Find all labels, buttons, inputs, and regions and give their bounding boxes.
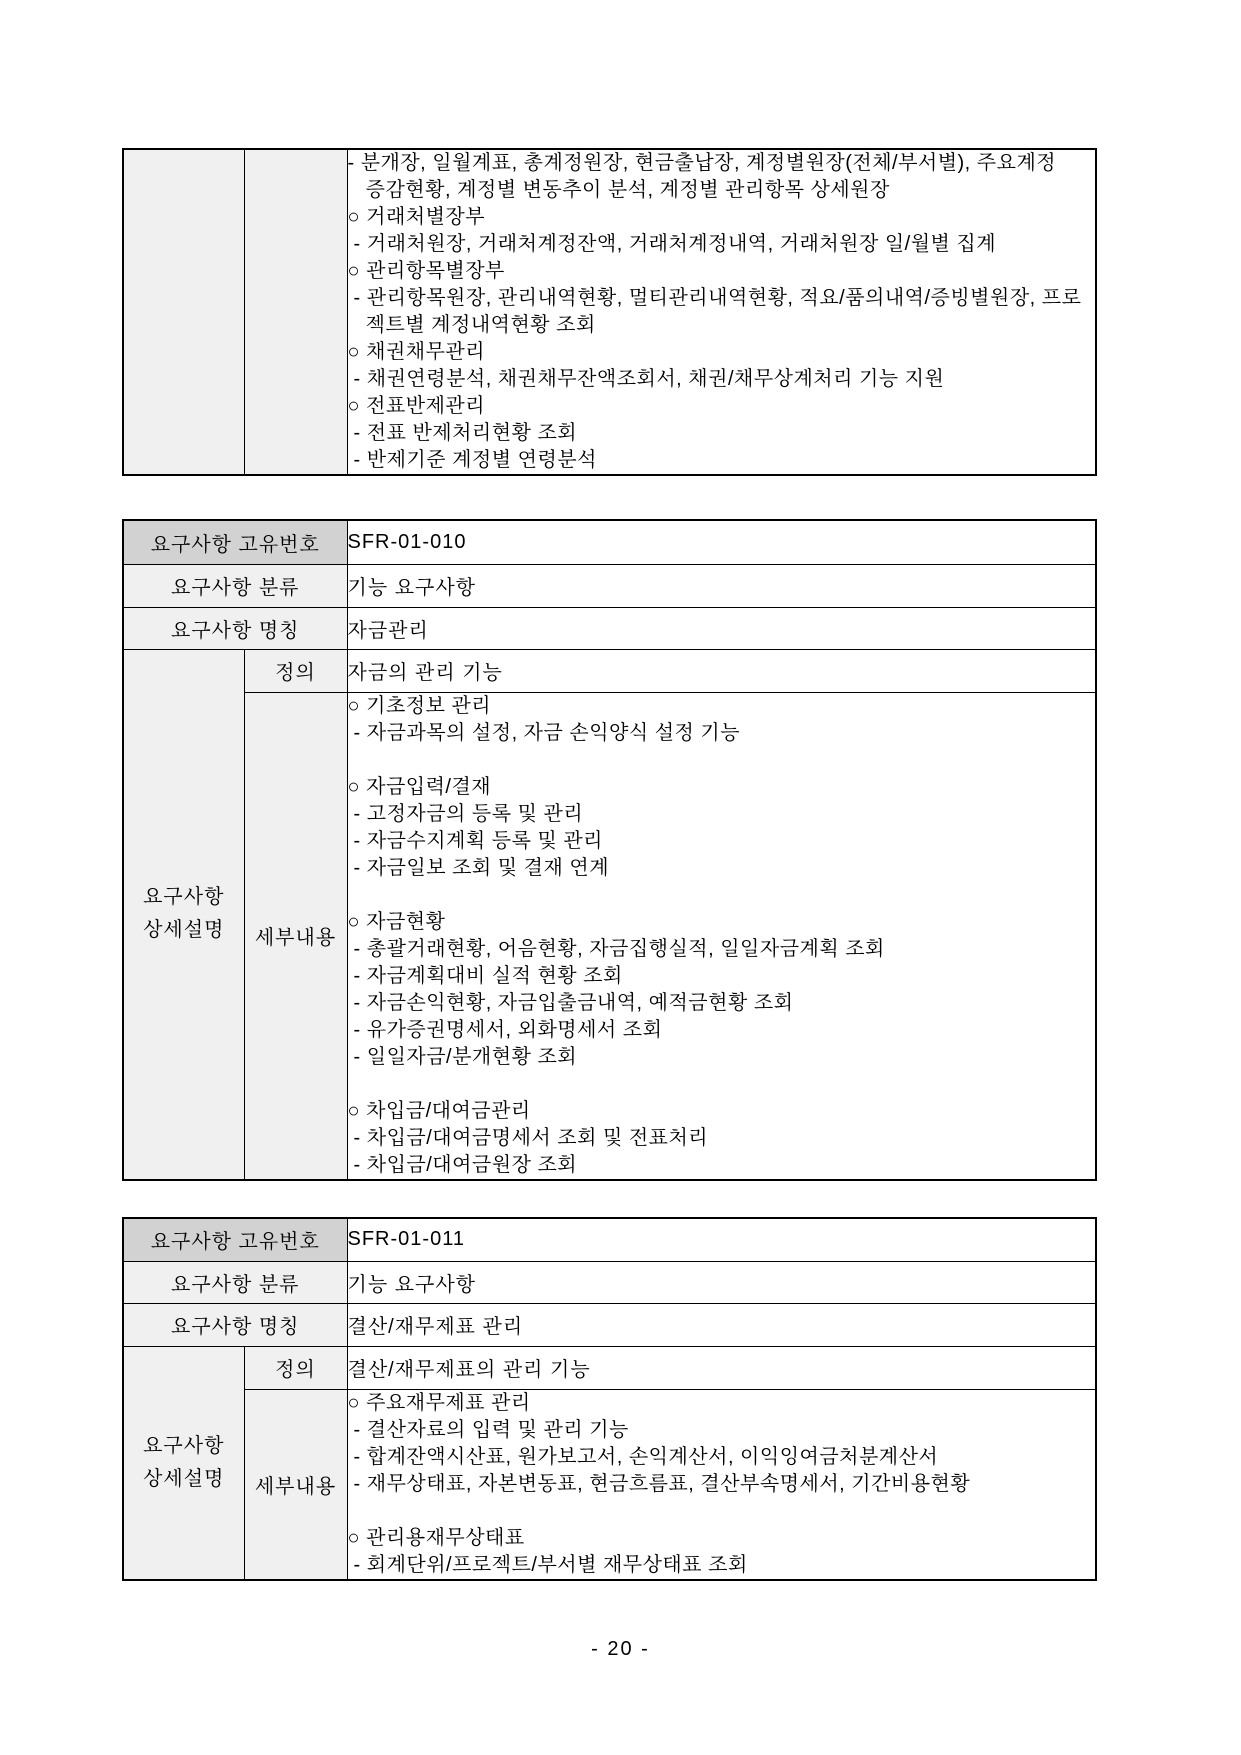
page-number: - 20 - — [0, 1638, 1241, 1661]
empty-label-cell-sub — [244, 149, 347, 475]
table-row: 요구사항 명칭 자금관리 — [123, 607, 1096, 649]
table-row: 세부내용 ○ 주요재무제표 관리 - 결산자료의 입력 및 관리 기능 - 합계… — [123, 1389, 1096, 1580]
details-label: 세부내용 — [244, 1389, 347, 1580]
requirement-table-continuation: - 분개장, 일월계표, 총계정원장, 현금출납장, 계정별원장(전체/부서별)… — [122, 148, 1097, 476]
req-id-label: 요구사항 고유번호 — [123, 520, 347, 564]
table-row: 요구사항 고유번호 SFR-01-011 — [123, 1218, 1096, 1261]
details-content-continuation: - 분개장, 일월계표, 총계정원장, 현금출납장, 계정별원장(전체/부서별)… — [347, 149, 1096, 475]
details-label: 세부내용 — [244, 692, 347, 1180]
definition-value: 자금의 관리 기능 — [347, 649, 1096, 692]
table-row: 요구사항 분류 기능 요구사항 — [123, 1261, 1096, 1303]
req-name-label: 요구사항 명칭 — [123, 607, 347, 649]
details-content: ○ 기초정보 관리 - 자금과목의 설정, 자금 손익양식 설정 기능 ○ 자금… — [347, 692, 1096, 1180]
req-category-value: 기능 요구사항 — [347, 1261, 1096, 1303]
req-id-label: 요구사항 고유번호 — [123, 1218, 347, 1261]
req-id-value: SFR-01-010 — [347, 520, 1096, 564]
requirement-table-sfr-01-010: 요구사항 고유번호 SFR-01-010 요구사항 분류 기능 요구사항 요구사… — [122, 519, 1097, 1181]
req-category-label: 요구사항 분류 — [123, 1261, 347, 1303]
req-name-value: 자금관리 — [347, 607, 1096, 649]
req-name-label: 요구사항 명칭 — [123, 1303, 347, 1346]
req-name-value: 결산/재무제표 관리 — [347, 1303, 1096, 1346]
table-row: 요구사항 고유번호 SFR-01-010 — [123, 520, 1096, 564]
req-detail-label: 요구사항 상세설명 — [123, 1346, 244, 1580]
definition-value: 결산/재무제표의 관리 기능 — [347, 1346, 1096, 1389]
document-page: - 분개장, 일월계표, 총계정원장, 현금출납장, 계정별원장(전체/부서별)… — [0, 0, 1241, 1755]
empty-label-cell-left — [123, 149, 244, 475]
req-detail-label: 요구사항 상세설명 — [123, 649, 244, 1180]
req-category-label: 요구사항 분류 — [123, 564, 347, 607]
definition-label: 정의 — [244, 1346, 347, 1389]
requirement-table-sfr-01-011: 요구사항 고유번호 SFR-01-011 요구사항 분류 기능 요구사항 요구사… — [122, 1217, 1097, 1581]
definition-label: 정의 — [244, 649, 347, 692]
req-category-value: 기능 요구사항 — [347, 564, 1096, 607]
table-row: 요구사항 명칭 결산/재무제표 관리 — [123, 1303, 1096, 1346]
req-id-value: SFR-01-011 — [347, 1218, 1096, 1261]
details-content: ○ 주요재무제표 관리 - 결산자료의 입력 및 관리 기능 - 합계잔액시산표… — [347, 1389, 1096, 1580]
table-row: - 분개장, 일월계표, 총계정원장, 현금출납장, 계정별원장(전체/부서별)… — [123, 149, 1096, 475]
table-row: 세부내용 ○ 기초정보 관리 - 자금과목의 설정, 자금 손익양식 설정 기능… — [123, 692, 1096, 1180]
table-row: 요구사항 분류 기능 요구사항 — [123, 564, 1096, 607]
table-row: 요구사항 상세설명 정의 자금의 관리 기능 — [123, 649, 1096, 692]
table-row: 요구사항 상세설명 정의 결산/재무제표의 관리 기능 — [123, 1346, 1096, 1389]
